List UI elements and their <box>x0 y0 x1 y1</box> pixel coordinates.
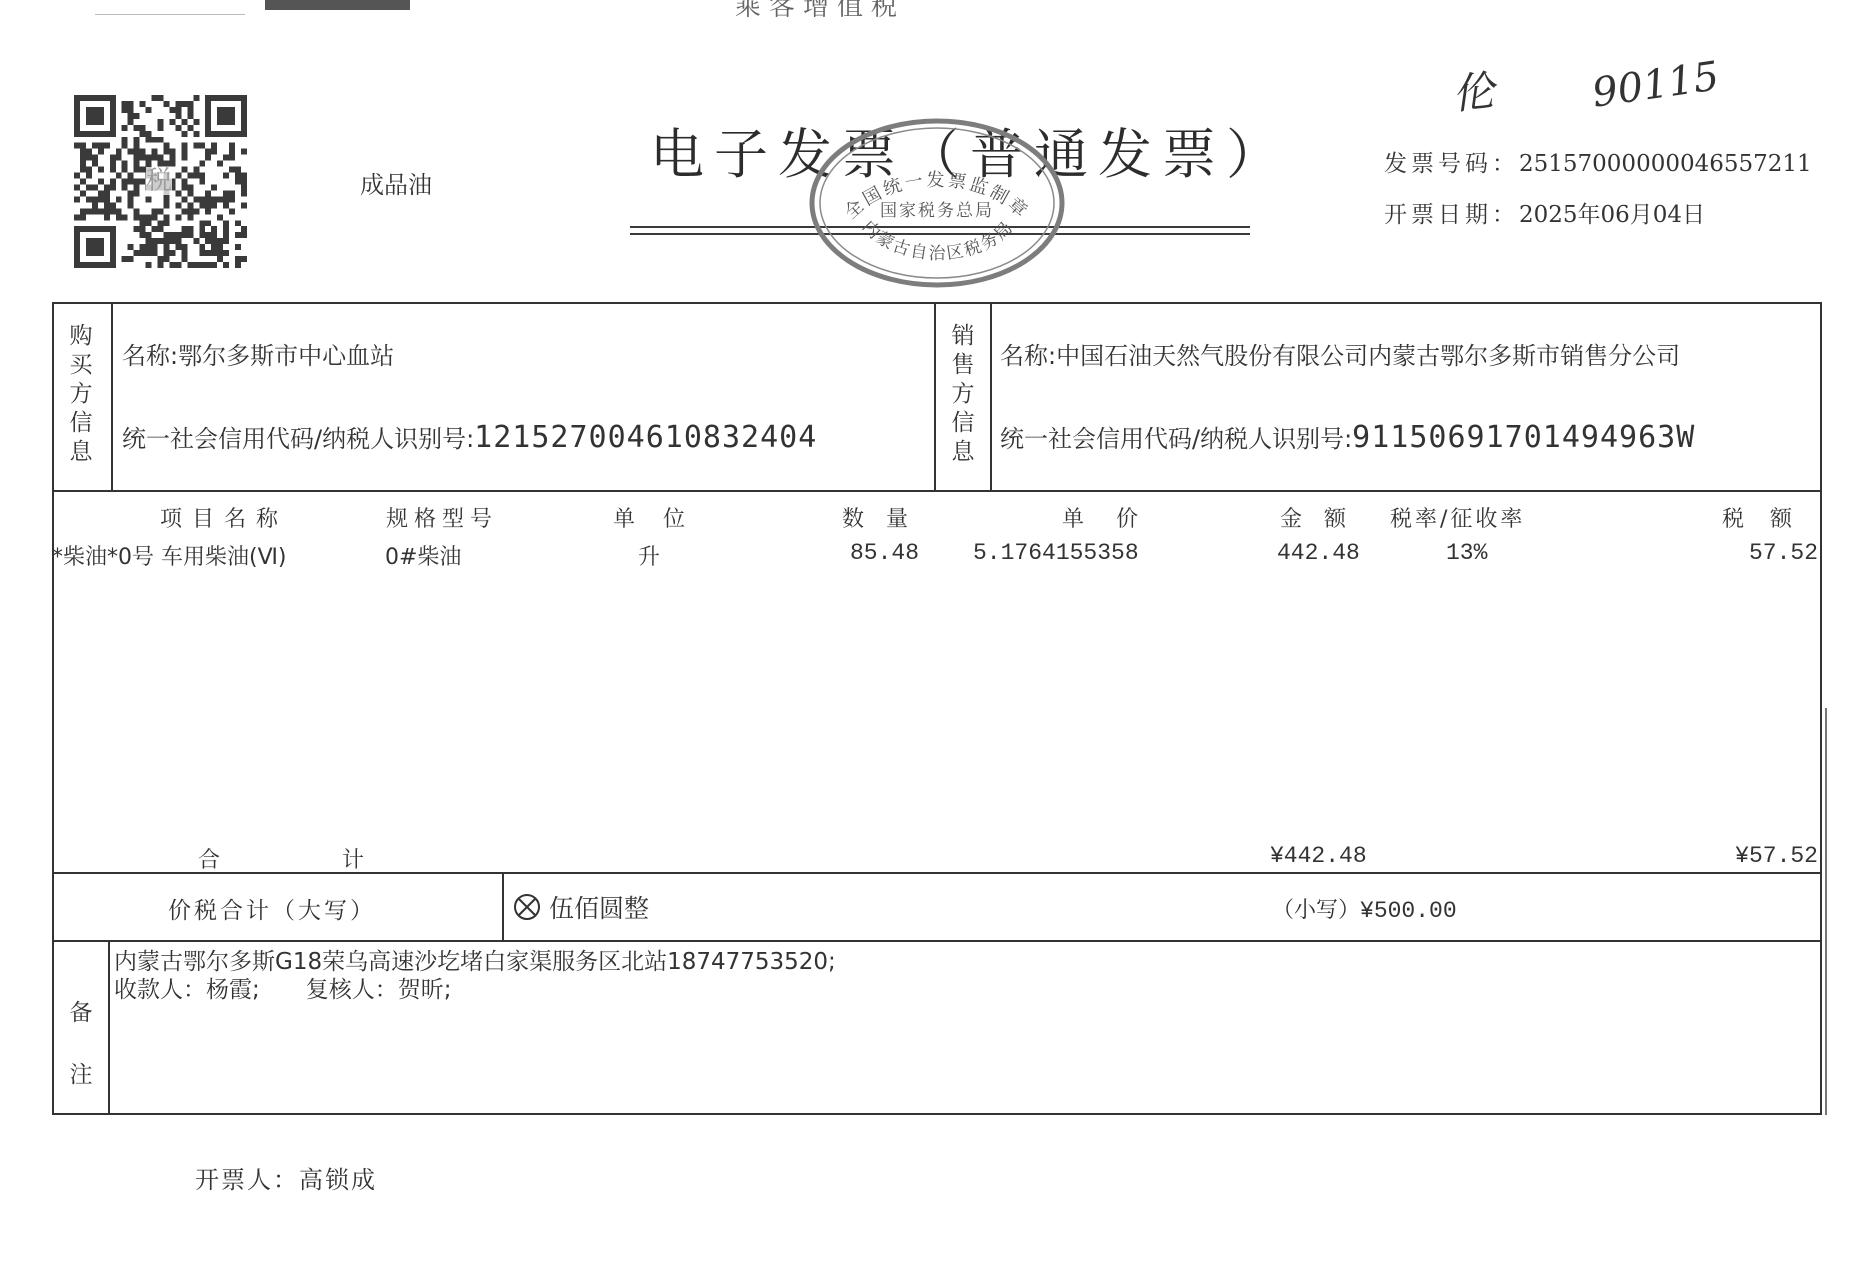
remarks-line-2: 收款人：杨霞; 复核人：贺昕; <box>114 976 452 1004</box>
invoice-number-label: 发票号码： <box>1384 151 1519 177</box>
qr-code-icon: 税 <box>66 95 255 268</box>
item-tax-rate: 13% <box>1446 540 1487 566</box>
seller-name-label: 名称: <box>1000 342 1056 370</box>
seller-code: 91150691701494963W <box>1352 420 1695 455</box>
item-unit: 升 <box>638 540 660 571</box>
handwritten-mark: 伦 <box>1449 58 1497 122</box>
totals-label: 合 计 <box>198 843 378 874</box>
fragment-text: 乘客增值税 <box>735 0 905 23</box>
grand-total-figures: ¥500.00 <box>1360 898 1457 924</box>
item-name: *柴油*0号 车用柴油(Ⅵ) <box>52 540 286 571</box>
seal-middle-text: 国家税务总局 <box>880 201 994 221</box>
invoice-category: 成品油 <box>360 165 432 200</box>
invoice-number: 25157000000046557211 <box>1519 151 1812 177</box>
column-header-tax: 税额 <box>1722 502 1818 533</box>
buyer-code: 121527004610832404 <box>474 420 817 455</box>
fragment-mark <box>265 0 410 10</box>
party-section-divider <box>52 490 1822 492</box>
buyer-section-label-text: 购买方信息 <box>66 322 96 467</box>
previous-page-fragment: 乘客增值税 <box>0 0 1300 14</box>
buyer-section-label: 购买方信息 <box>66 322 96 467</box>
seller-name: 中国石油天然气股份有限公司内蒙古鄂尔多斯市销售分公司 <box>1056 342 1680 370</box>
remarks-line-1: 内蒙古鄂尔多斯G18荣乌高速沙圪堵白家渠服务区北站18747753520; <box>114 948 836 976</box>
title-underline <box>630 226 1250 228</box>
remarks-label: 备注 <box>66 982 96 1106</box>
drawer-name: 高锁成 <box>299 1166 377 1194</box>
column-header-tax-rate: 税率/征收率 <box>1390 502 1525 533</box>
handwritten-number: 90115 <box>1589 53 1721 116</box>
seal-bottom-text: 内蒙古自治区税务局 <box>858 217 1018 264</box>
drawer-row: 开票人：高锁成 <box>195 1160 377 1195</box>
item-spec: 0#柴油 <box>385 540 461 571</box>
seller-section-label-text: 销售方信息 <box>948 322 978 467</box>
invoice-title: 电子发票（普通发票） <box>650 112 1290 189</box>
column-header-unit-price: 单价 <box>1062 502 1170 533</box>
buyer-code-label: 统一社会信用代码/纳税人识别号: <box>122 425 474 453</box>
seller-code-label: 统一社会信用代码/纳税人识别号: <box>1000 425 1352 453</box>
qr-center-mark: 税 <box>146 167 172 195</box>
buyer-name-row: 名称:鄂尔多斯市中心血站 <box>122 336 394 371</box>
scan-edge-line <box>1825 708 1827 1115</box>
item-amount: 442.48 <box>1277 540 1360 566</box>
issue-date-label: 开票日期： <box>1384 202 1519 228</box>
column-header-spec: 规格型号 <box>386 502 498 533</box>
column-header-unit: 单位 <box>613 502 713 533</box>
invoice-number-row: 发票号码：25157000000046557211 <box>1384 145 1812 178</box>
drawer-label: 开票人： <box>195 1166 299 1194</box>
column-header-quantity: 数量 <box>842 502 930 533</box>
issue-date-row: 开票日期：2025年06月04日 <box>1384 196 1705 229</box>
item-unit-price: 5.1764155358 <box>973 540 1139 566</box>
title-underline <box>630 233 1250 235</box>
buyer-label-divider <box>111 302 113 492</box>
svg-text:内蒙古自治区税务局: 内蒙古自治区税务局 <box>858 217 1018 264</box>
buyer-seller-divider <box>934 302 936 492</box>
grand-total-figures-row: （小写）¥500.00 <box>1272 893 1457 924</box>
grand-total-divider <box>502 872 504 940</box>
totals-divider <box>52 872 1822 874</box>
remarks-label-divider <box>108 940 110 1114</box>
issue-date: 2025年06月04日 <box>1519 202 1705 228</box>
grand-total-words-row: 伍佰圆整 <box>513 889 649 925</box>
seller-code-row: 统一社会信用代码/纳税人识别号:91150691701494963W <box>1000 419 1695 455</box>
grand-total-bottom-divider <box>52 940 1822 942</box>
totals-amount: ¥442.48 <box>1270 843 1367 869</box>
item-tax: 57.52 <box>1749 540 1818 566</box>
buyer-name-label: 名称: <box>122 342 178 370</box>
grand-total-figures-label: （小写） <box>1272 898 1360 923</box>
seller-label-divider <box>990 302 992 492</box>
fragment-line <box>95 14 245 15</box>
totals-tax: ¥57.52 <box>1735 843 1818 869</box>
buyer-code-row: 统一社会信用代码/纳税人识别号:121527004610832404 <box>122 419 817 455</box>
buyer-name: 鄂尔多斯市中心血站 <box>178 342 394 370</box>
item-quantity: 85.48 <box>850 540 919 566</box>
seller-name-row: 名称:中国石油天然气股份有限公司内蒙古鄂尔多斯市销售分公司 <box>1000 336 1680 371</box>
remarks-label-text: 备注 <box>66 982 96 1106</box>
circled-x-icon <box>513 893 541 921</box>
grand-total-label: 价税合计（大写） <box>168 892 376 925</box>
seller-section-label: 销售方信息 <box>948 322 978 467</box>
grand-total-words: 伍佰圆整 <box>549 889 649 925</box>
column-header-amount: 金额 <box>1280 502 1368 533</box>
column-header-item-name: 项目名称 <box>160 502 288 533</box>
